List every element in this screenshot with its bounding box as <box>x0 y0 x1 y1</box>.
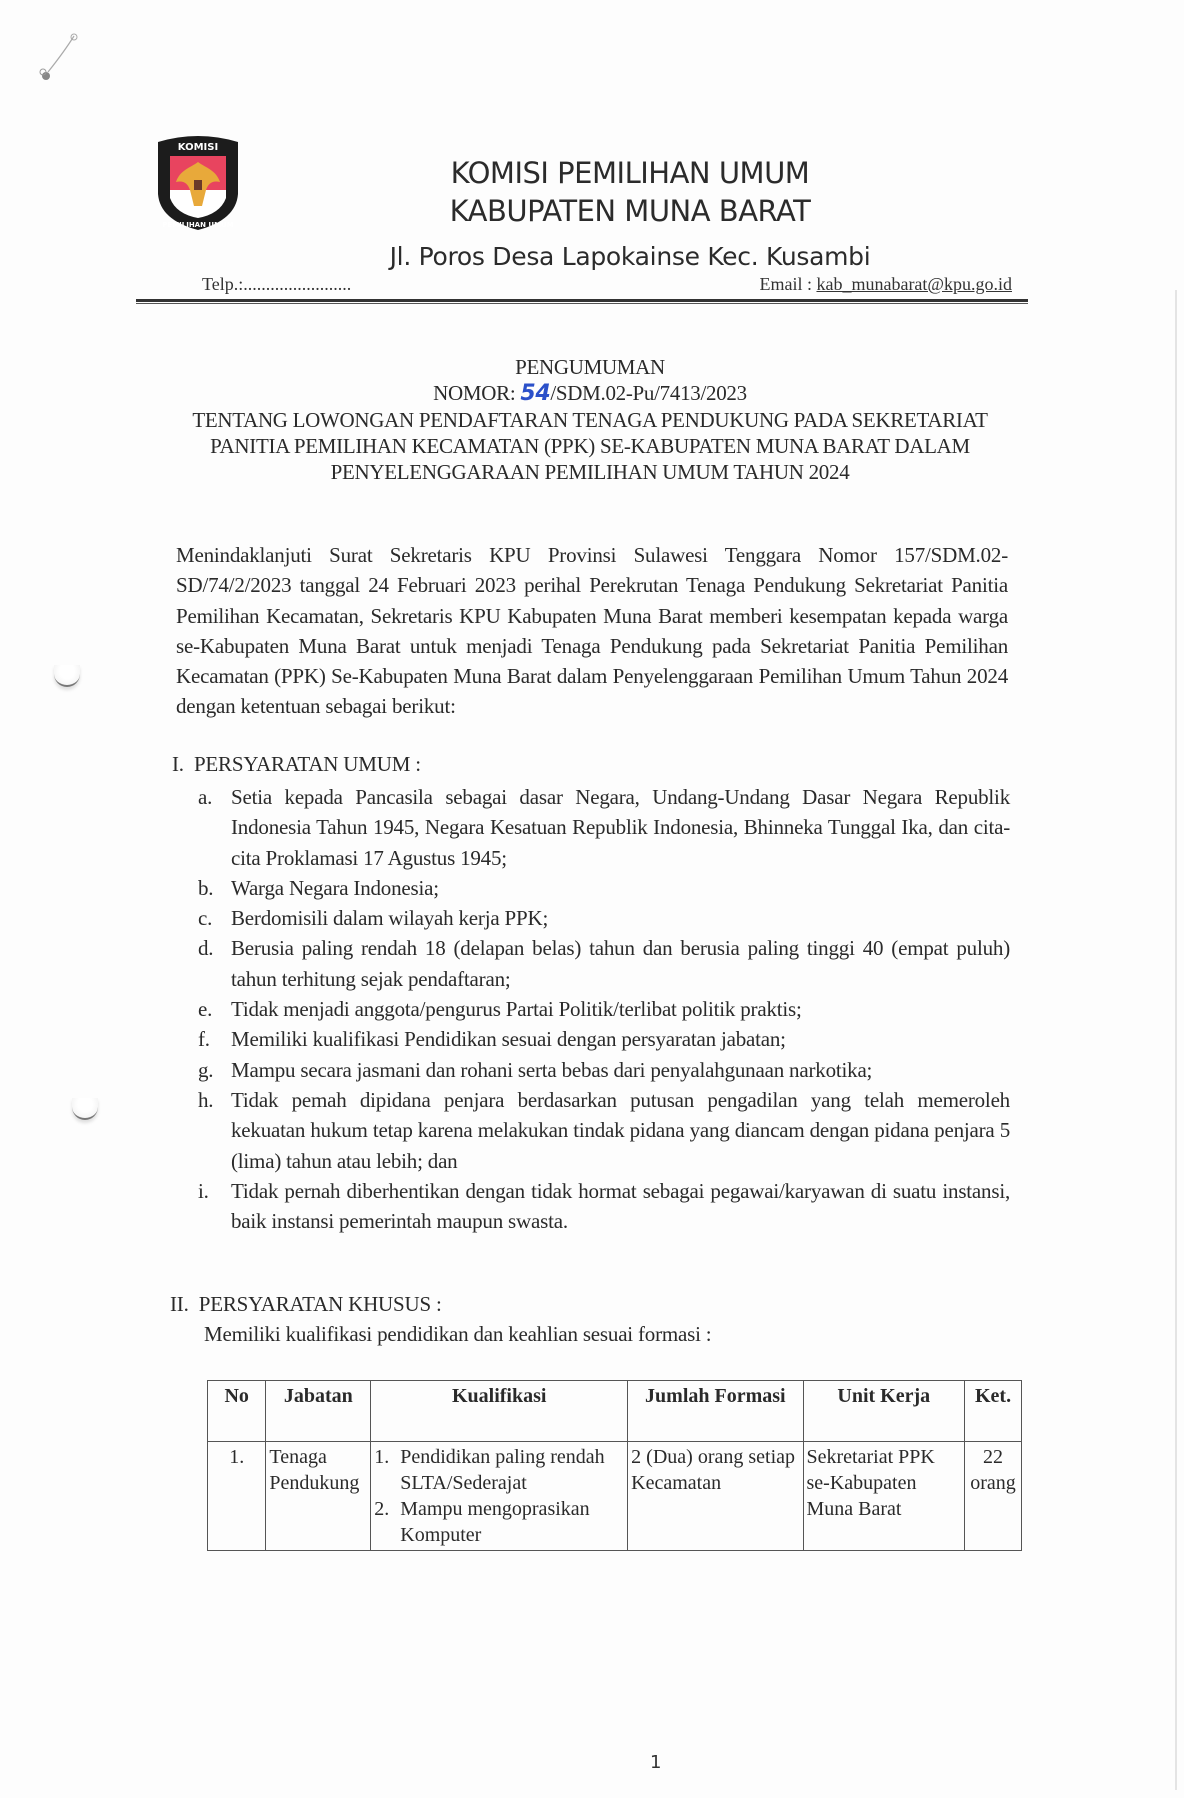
requirement-label: g. <box>198 1055 231 1085</box>
requirement-text: Mampu secara jasmani dan rohani serta be… <box>231 1055 1010 1085</box>
requirement-text: Warga Negara Indonesia; <box>231 873 1010 903</box>
requirement-label: h. <box>198 1085 231 1176</box>
org-name: KOMISI PEMILIHAN UMUM <box>380 156 880 190</box>
requirement-item: h.Tidak pemah dipidana penjara berdasark… <box>198 1085 1010 1176</box>
subject-line: TENTANG LOWONGAN PENDAFTARAN TENAGA PEND… <box>120 407 1060 433</box>
requirement-label: e. <box>198 994 231 1024</box>
cell-ket: 22 orang <box>965 1442 1022 1551</box>
announcement-heading: PENGUMUMAN <box>120 354 1060 380</box>
phone-field: Telp.:........................ <box>202 274 351 295</box>
email-label: Email : <box>759 274 816 294</box>
subject-line: PANITIA PEMILIHAN KECAMATAN (PPK) SE-KAB… <box>120 433 1060 459</box>
page-number: 1 <box>650 1752 661 1773</box>
pen-scribble-mark <box>34 30 84 90</box>
table-header-row: No Jabatan Kualifikasi Jumlah Formasi Un… <box>208 1381 1022 1442</box>
svg-text:KOMISI: KOMISI <box>178 142 218 153</box>
section-heading-general: I. PERSYARATAN UMUM : <box>172 752 421 777</box>
col-header-jabatan: Jabatan <box>266 1381 371 1442</box>
cell-unit-kerja: Sekretariat PPK se-Kabupaten Muna Barat <box>803 1442 965 1551</box>
cell-no: 1. <box>208 1442 266 1551</box>
requirement-label: i. <box>198 1176 231 1237</box>
org-address: Jl. Poros Desa Lapokainse Kec. Kusambi <box>340 242 920 271</box>
punch-hole-mark <box>72 1098 98 1120</box>
handwritten-number: 54 <box>520 381 550 406</box>
requirement-item: f.Memiliki kualifikasi Pendidikan sesuai… <box>198 1024 1010 1054</box>
formation-table: No Jabatan Kualifikasi Jumlah Formasi Un… <box>207 1380 1022 1551</box>
table-row: 1. Tenaga Pendukung 1.Pendidikan paling … <box>208 1442 1022 1551</box>
section-subheading: Memiliki kualifikasi pendidikan dan keah… <box>204 1322 711 1347</box>
email-link[interactable]: kab_munabarat@kpu.go.id <box>816 274 1012 294</box>
requirement-label: f. <box>198 1024 231 1054</box>
email-line: Email : kab_munabarat@kpu.go.id <box>759 274 1012 295</box>
requirement-label: d. <box>198 933 231 994</box>
requirement-item: e.Tidak menjadi anggota/pengurus Partai … <box>198 994 1010 1024</box>
cell-jumlah-formasi: 2 (Dua) orang setiap Kecamatan <box>628 1442 803 1551</box>
qualification-item: 1.Pendidikan paling rendah SLTA/Sederaja… <box>374 1444 624 1496</box>
org-region: KABUPATEN MUNA BARAT <box>380 194 880 228</box>
svg-text:PEMILIHAN UMUM: PEMILIHAN UMUM <box>162 221 233 229</box>
requirement-item: g.Mampu secara jasmani dan rohani serta … <box>198 1055 1010 1085</box>
punch-hole-mark <box>54 665 80 687</box>
requirement-item: a.Setia kepada Pancasila sebagai dasar N… <box>198 782 1010 873</box>
requirement-text: Memiliki kualifikasi Pendidikan sesuai d… <box>231 1024 1010 1054</box>
requirement-item: d.Berusia paling rendah 18 (delapan bela… <box>198 933 1010 994</box>
requirement-item: b.Warga Negara Indonesia; <box>198 873 1010 903</box>
requirement-label: b. <box>198 873 231 903</box>
scan-edge-line <box>1175 290 1177 1790</box>
requirement-label: a. <box>198 782 231 873</box>
letterhead-divider <box>136 299 1028 302</box>
col-header-ket: Ket. <box>965 1381 1022 1442</box>
requirement-item: c.Berdomisili dalam wilayah kerja PPK; <box>198 903 1010 933</box>
requirement-text: Setia kepada Pancasila sebagai dasar Neg… <box>231 782 1010 873</box>
requirement-text: Tidak menjadi anggota/pengurus Partai Po… <box>231 994 1010 1024</box>
general-requirements-list: a.Setia kepada Pancasila sebagai dasar N… <box>198 782 1010 1236</box>
requirement-text: Tidak pemah dipidana penjara berdasarkan… <box>231 1085 1010 1176</box>
requirement-text: Berdomisili dalam wilayah kerja PPK; <box>231 903 1010 933</box>
requirement-text: Berusia paling rendah 18 (delapan belas)… <box>231 933 1010 994</box>
intro-paragraph: Menindaklanjuti Surat Sekretaris KPU Pro… <box>176 540 1008 722</box>
qualification-item: 2.Mampu mengoprasikan Komputer <box>374 1496 624 1548</box>
col-header-kualifikasi: Kualifikasi <box>371 1381 628 1442</box>
col-header-unit: Unit Kerja <box>803 1381 965 1442</box>
kpu-logo-icon: KOMISI PEMILIHAN UMUM <box>150 132 246 232</box>
cell-kualifikasi: 1.Pendidikan paling rendah SLTA/Sederaja… <box>371 1442 628 1551</box>
section-heading-specific: II. PERSYARATAN KHUSUS : <box>170 1292 442 1317</box>
announcement-title: PENGUMUMAN NOMOR: 54/SDM.02-Pu/7413/2023… <box>120 354 1060 485</box>
letterhead-divider-thin <box>136 303 1028 304</box>
cell-jabatan: Tenaga Pendukung <box>266 1442 371 1551</box>
requirement-text: Tidak pernah diberhentikan dengan tidak … <box>231 1176 1010 1237</box>
requirement-label: c. <box>198 903 231 933</box>
announcement-number: NOMOR: 54/SDM.02-Pu/7413/2023 <box>120 380 1060 407</box>
col-header-no: No <box>208 1381 266 1442</box>
subject-line: PENYELENGGARAAN PEMILIHAN UMUM TAHUN 202… <box>120 459 1060 485</box>
col-header-jumlah: Jumlah Formasi <box>628 1381 803 1442</box>
requirement-item: i.Tidak pernah diberhentikan dengan tida… <box>198 1176 1010 1237</box>
